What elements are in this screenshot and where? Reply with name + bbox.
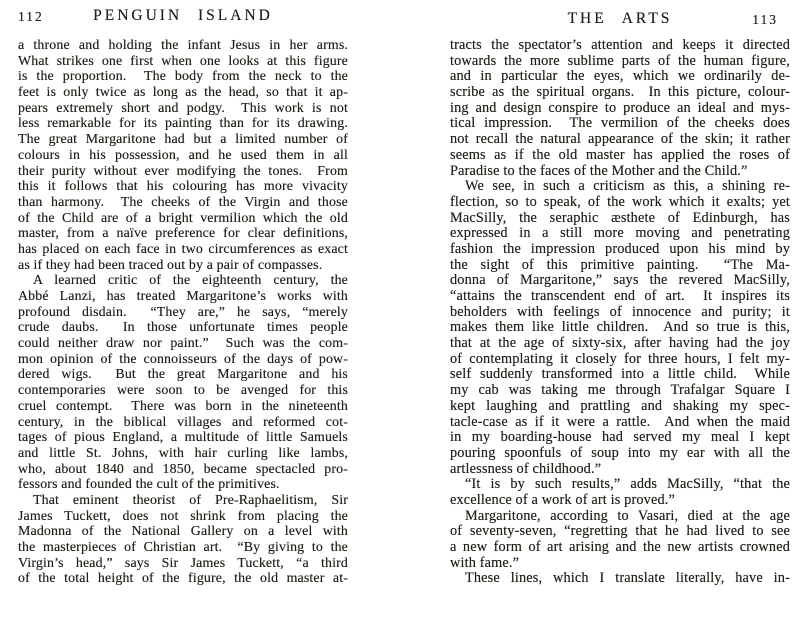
text-line: profound disdain. “They are,” he says, “… (18, 305, 348, 321)
text-line: We see, in such a criticism as this, a s… (450, 179, 790, 195)
text-line: not recall the natural appearance of the… (450, 132, 790, 148)
text-line: contemporaries were soon to be avenged f… (18, 383, 348, 399)
text-line: dered wigs. But the great Margaritone an… (18, 367, 348, 383)
text-line: Madonna of the National Gallery on a lev… (18, 524, 348, 540)
text-line: MacSilly, the seraphic æsthete of Edinbu… (450, 211, 790, 227)
text-line: flection, so to speak, of the work which… (450, 195, 790, 211)
text-line: century, in the biblical villages and re… (18, 415, 348, 431)
page-left: 112 PENGUIN ISLAND a throne and holding … (18, 7, 348, 607)
text-line: and in particular the eyes, which we ord… (450, 69, 790, 85)
text-line: less remarkable for its painting than fo… (18, 116, 348, 132)
text-line: this it follows that his colouring has m… (18, 179, 348, 195)
text-line: and little St. Johns, with hair curling … (18, 446, 348, 462)
text-line: master, from a naïve preference for clea… (18, 226, 348, 242)
text-line: fessors and founded the cult of the prim… (18, 477, 348, 493)
text-line: the masterpieces of Christian art. “By g… (18, 540, 348, 556)
text-line: beholders with feelings of innocence and… (450, 305, 790, 321)
text-line: is the proportion. The body from the nec… (18, 69, 348, 85)
text-line: has placed on each face in two circumfer… (18, 242, 348, 258)
text-line: Paradise to the faces of the Mother and … (450, 164, 790, 180)
text-line: What strikes one first when one looks at… (18, 54, 348, 70)
text-line: scribe as the spiritual organs. In this … (450, 85, 790, 101)
text-line: the sight of this primitive painting. “T… (450, 258, 790, 274)
text-line: kept laughing and prattling and shaking … (450, 399, 790, 415)
text-line: tages of pious England, a multitude of l… (18, 430, 348, 446)
text-line: excellence of a work of art is proved.” (450, 493, 790, 509)
text-line: “attains the transcendent end of art. It… (450, 289, 790, 305)
text-line: makes them like little children. And so … (450, 320, 790, 336)
text-line: who, about 1840 and 1850, became spectac… (18, 462, 348, 478)
text-line: of seventy-seven, “regretting that he ha… (450, 524, 790, 540)
text-line: of the total height of the figure, the o… (18, 571, 348, 587)
text-line: of contemplating it closely for three ho… (450, 352, 790, 368)
text-line: colours in his possession, and he used t… (18, 148, 348, 164)
text-line: feet is only twice as long as the head, … (18, 85, 348, 101)
text-line: artlessness of childhood.” (450, 462, 790, 478)
text-line: pouring spoonfuls of soup into my ear wi… (450, 446, 790, 462)
page-header-right: THE ARTS 113 (450, 10, 790, 28)
running-title-right: THE ARTS (450, 10, 790, 28)
page-right: THE ARTS 113 tracts the spectator’s atte… (450, 7, 790, 607)
text-line: expressed in a still more moving and pen… (450, 226, 790, 242)
text-line: towards the more sublime parts of the hu… (450, 54, 790, 70)
text-line: pears extremely short and podgy. This wo… (18, 101, 348, 117)
text-line: These lines, which I translate literally… (450, 571, 790, 587)
text-line: Virgin’s head,” says Sir James Tuckett, … (18, 556, 348, 572)
text-line: Margaritone, according to Vasari, died a… (450, 509, 790, 525)
text-line: crude daubs. In those unfortunate times … (18, 320, 348, 336)
text-line: of the Child are of a bright vermilion w… (18, 211, 348, 227)
text-line: my cab was taking me through Trafalgar S… (450, 383, 790, 399)
text-line: a throne and holding the infant Jesus in… (18, 38, 348, 54)
running-title-left: PENGUIN ISLAND (18, 7, 348, 25)
text-line: mon opinion of the connoisseurs of the d… (18, 352, 348, 368)
text-line: ing and design conspire to produce an id… (450, 101, 790, 117)
page-number-left: 112 (18, 9, 44, 25)
text-line: that at the age of sixty-six, after havi… (450, 336, 790, 352)
text-line: “It is by such results,” adds MacSilly, … (450, 477, 790, 493)
text-line: than harmony. The cheeks of the Virgin a… (18, 195, 348, 211)
text-line: That eminent theorist of Pre-Raphaelitis… (18, 493, 348, 509)
text-line: with fame.” (450, 556, 790, 572)
page-number-right: 113 (752, 12, 778, 28)
text-line: their purity without ever modifying the … (18, 164, 348, 180)
text-line: in my boarding-house had served my meal … (450, 430, 790, 446)
text-line: Abbé Lanzi, has treated Margaritone’s wo… (18, 289, 348, 305)
text-line: James Tuckett, does not shrink from plac… (18, 509, 348, 525)
text-line: cruel contempt. There was born in the ni… (18, 399, 348, 415)
page-header-left: 112 PENGUIN ISLAND (18, 7, 348, 25)
text-line: a new form of art arising and the new ar… (450, 540, 790, 556)
text-line: as if they had been traced out by a pair… (18, 258, 348, 274)
text-line: could neither draw nor paint.” Such was … (18, 336, 348, 352)
text-line: fashion the impression produced upon his… (450, 242, 790, 258)
text-column-left: a throne and holding the infant Jesus in… (18, 38, 348, 587)
text-line: tracts the spectator’s attention and kee… (450, 38, 790, 54)
text-line: self suddenly transformed into a little … (450, 367, 790, 383)
text-line: seems as if the old master has applied t… (450, 148, 790, 164)
text-line: tacle-case as if it were a rattle. And w… (450, 415, 790, 431)
text-column-right: tracts the spectator’s attention and kee… (450, 38, 790, 587)
text-line: tical impression. The vermilion of the c… (450, 116, 790, 132)
text-line: donna of Margaritone,” says the revered … (450, 273, 790, 289)
text-line: A learned critic of the eighteenth centu… (18, 273, 348, 289)
text-line: The great Margaritone had but a limited … (18, 132, 348, 148)
